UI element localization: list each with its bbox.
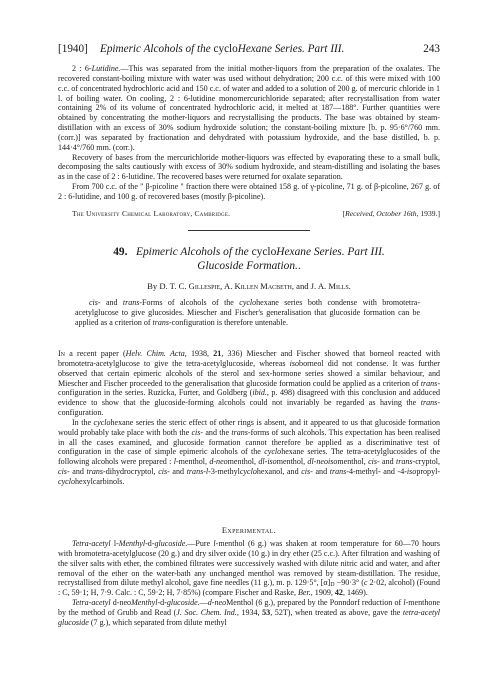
running-head-title: Epimeric Alcohols of the cycloHexane Ser… (100, 42, 344, 56)
intro-paragraph-2: In the cyclohexane series the steric eff… (58, 418, 440, 487)
paragraph-lutidine: 2 : 6-Lutidine.—This was separated from … (58, 64, 440, 153)
intro-paragraph-1: In a recent paper (Helv. Chim. Acta, 193… (58, 349, 440, 418)
laboratory-address: The University Chemical Laboratory, Camb… (72, 209, 230, 219)
author-line: By D. T. C. Gillespie, A. Killen Macbeth… (58, 281, 440, 291)
article-number: 49. (113, 246, 127, 258)
received-date: [Received, October 16th, 1939.] (343, 209, 440, 219)
page-number: 243 (423, 42, 440, 56)
paragraph-yields: From 700 c.c. of the " β-picoline " frac… (58, 182, 440, 202)
article-title: 49. Epimeric Alcohols of the cycloHexane… (58, 246, 440, 273)
running-head-year: [1940] (58, 42, 88, 56)
experimental-paragraph-neomenthyl: Tetra-acetyl d-neoMenthyl-d-glucoside.—d… (58, 598, 440, 628)
experimental-paragraph-menthyl: Tetra-acetyl l-Menthyl-d-glucoside.—Pure… (58, 539, 440, 598)
section-divider (188, 230, 310, 231)
previous-article-tail: 2 : 6-Lutidine.—This was separated from … (58, 64, 440, 202)
paragraph-recovery: Recovery of bases from the mercurichlori… (58, 153, 440, 183)
abstract: cis- and trans-Forms of alcohols of the … (75, 298, 420, 328)
introduction: In a recent paper (Helv. Chim. Acta, 193… (58, 349, 440, 487)
experimental-heading: Experimental. (58, 526, 440, 535)
experimental-section: Tetra-acetyl l-Menthyl-d-glucoside.—Pure… (58, 539, 440, 628)
